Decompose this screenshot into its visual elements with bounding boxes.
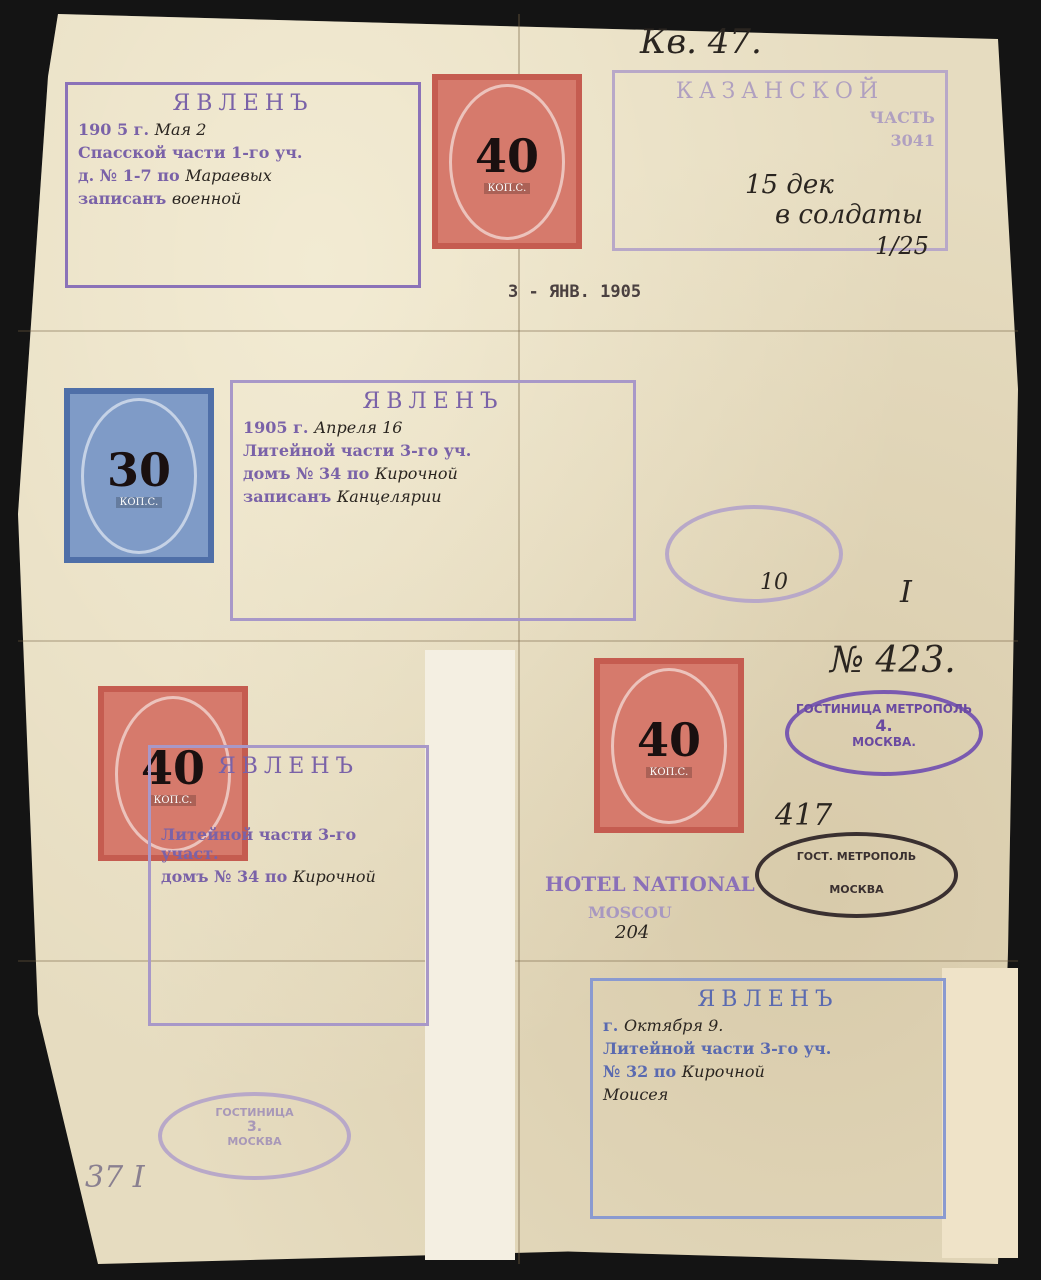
faded-line: 3041 [625,131,935,150]
apartment-note: Кв. 47. [640,22,762,62]
hotel-national-city: MOSCOU [588,903,672,922]
stamp-house: № 32 по Кирочной [603,1062,933,1081]
hotel-national-stamp: HOTEL NATIONAL [545,872,755,896]
hand-note: 204 [615,922,649,943]
stamp-year: 1905 г. Апреля 16 [243,418,623,437]
stamp-district: Литейной части 3-го уч. [603,1039,933,1058]
hotel-metropol-dark-stamp: ГОСТ. МЕТРОПОЛЬ МОСКВА [755,832,958,918]
stamp-recorded: Моисея [603,1085,933,1104]
faded-hotel-stamp: ГОСТИНИЦА 3. МОСКВА [158,1092,351,1180]
stamp-recorded: записанъ Канцелярии [243,487,623,506]
hand-note: I [900,575,912,610]
stamp-heading: ЯВЛЕНЪ [68,91,418,116]
hand-note: 10 [760,570,788,595]
stamp-year: г. Октября 9. [603,1016,933,1035]
registration-stamp: ЯВЛЕНЪ Литейной части 3-го участ. домъ №… [148,745,429,1026]
stamp-house: домъ № 34 по Кирочной [243,464,623,483]
stamp-year: 190 5 г. Мая 2 [78,120,408,139]
hand-note: 1/25 [875,232,929,260]
hand-note: 37 I [85,1160,145,1195]
stamp-heading: ЯВЛЕНЪ [151,754,426,779]
hand-note: 417 [775,798,832,833]
repair-tape [425,650,515,1260]
stamp-district: Литейной части 3-го участ. [161,825,416,863]
revenue-stamp: 40КОП.С. [432,74,582,249]
hand-note: № 423. [830,640,956,681]
faded-oval-stamp [665,505,843,603]
faded-line: ЧАСТЬ [625,108,935,127]
stamp-district: Литейной части 3-го уч. [243,441,623,460]
revenue-stamp: 30КОП.С. [64,388,214,563]
registration-stamp: ЯВЛЕНЪ 1905 г. Апреля 16 Литейной части … [230,380,636,621]
registration-stamp: ЯВЛЕНЪ 190 5 г. Мая 2 Спасской части 1-г… [65,82,421,288]
stamp-heading: ЯВЛЕНЪ [233,389,633,414]
stamp-recorded: записанъ военной [78,189,408,208]
hand-note: 15 дек [745,170,834,200]
registration-stamp: ЯВЛЕНЪ г. Октября 9. Литейной части 3-го… [590,978,946,1219]
repair-tape [942,968,1018,1258]
stamp-district: Спасской части 1-го уч. [78,143,408,162]
date-stamp: 3 - ЯНВ. 1905 [508,282,641,302]
stamp-heading: ЯВЛЕНЪ [593,987,943,1012]
faded-line: КАЗАНСКОЙ [615,79,945,104]
fold-line [18,330,1018,332]
revenue-stamp: 40КОП.С. [594,658,744,833]
stamp-house: домъ № 34 по Кирочной [161,867,416,886]
hand-note: в солдаты [775,200,923,230]
hotel-metropol-stamp: ГОСТИНИЦА МЕТРОПОЛЬ 4. МОСКВА. [785,690,983,776]
stamp-house: д. № 1-7 по Мараевых [78,166,408,185]
